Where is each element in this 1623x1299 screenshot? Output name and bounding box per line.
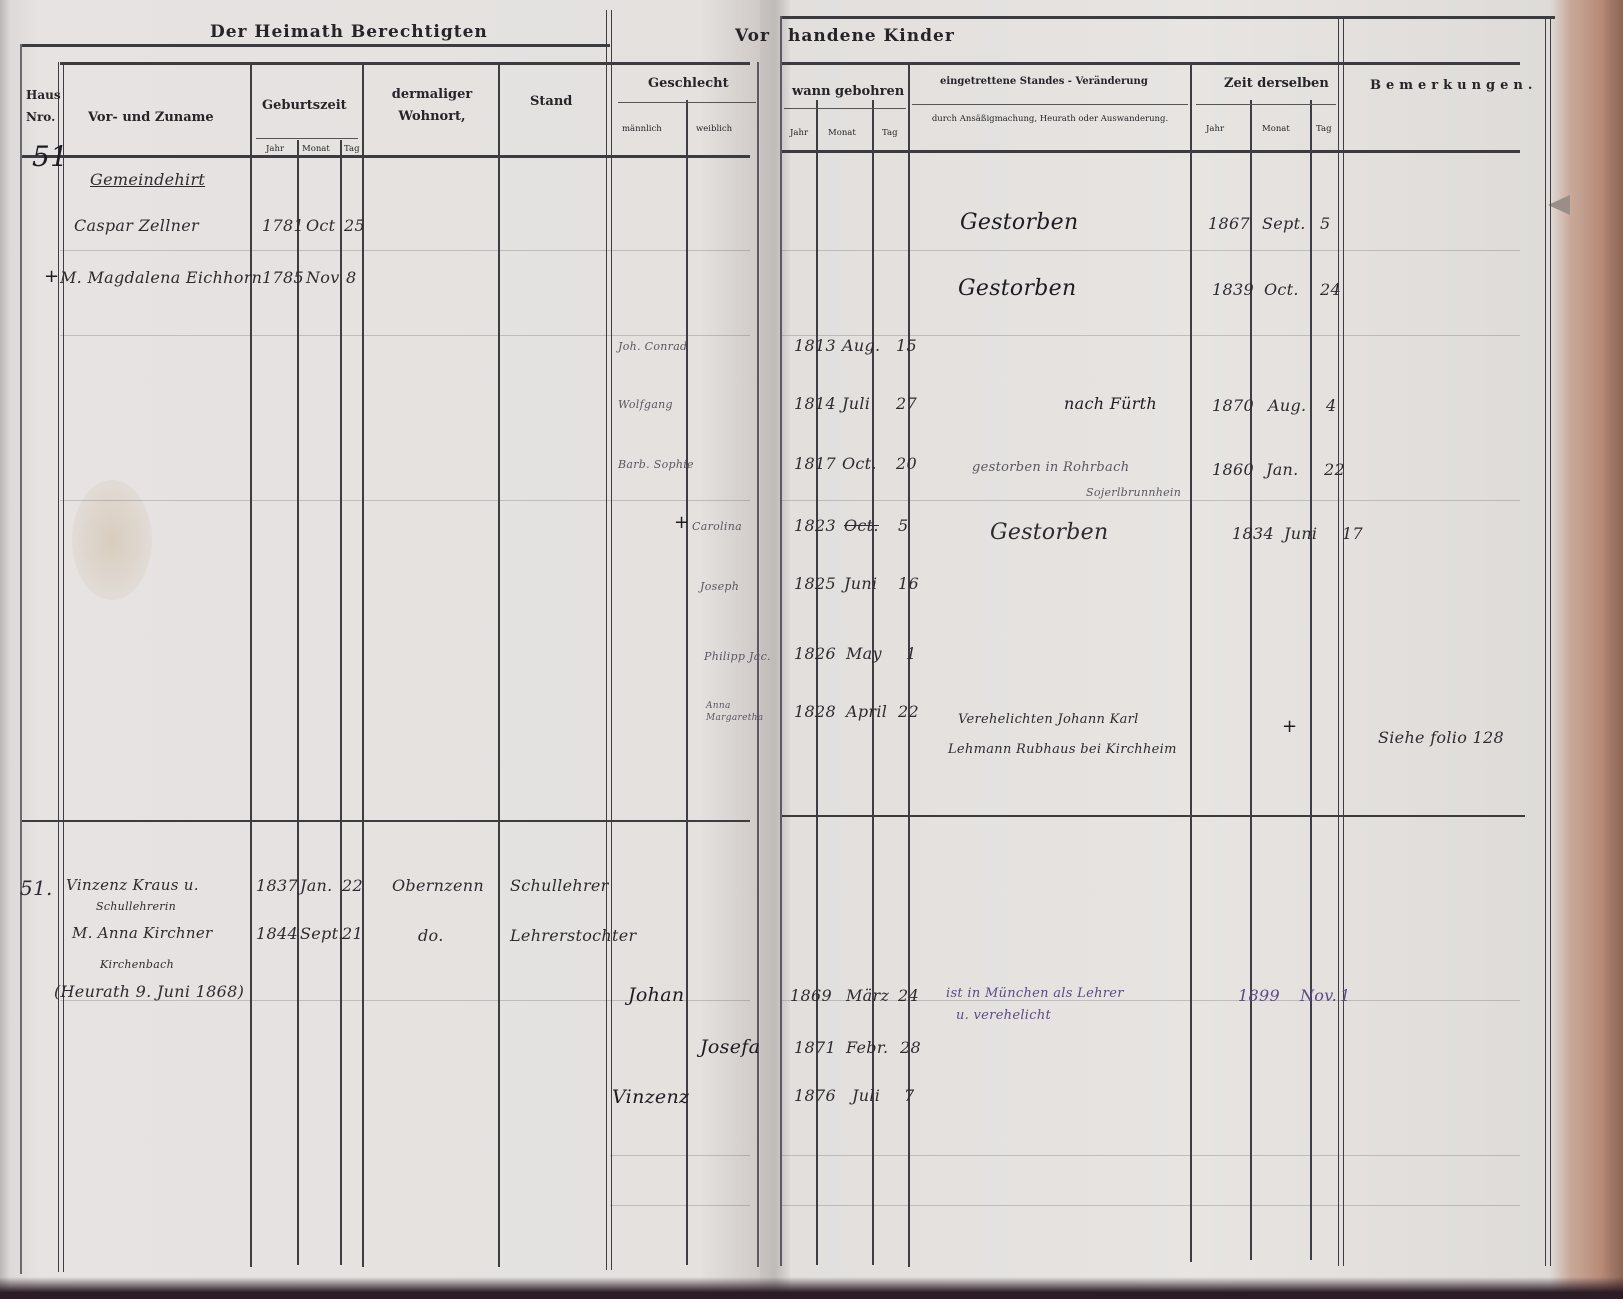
ruled-line bbox=[780, 1000, 1520, 1001]
col-header-k-tag: Tag bbox=[882, 128, 898, 138]
col-rule-haus bbox=[58, 62, 64, 1272]
child-change-day: 4 bbox=[1326, 396, 1336, 415]
parent-change-day: 5 bbox=[1320, 214, 1330, 233]
child-change-month: Nov. bbox=[1300, 986, 1337, 1005]
child-birth-year: 1814 bbox=[794, 394, 836, 413]
header-top-rule-right bbox=[780, 16, 1555, 19]
parent-birth-year: 1844 bbox=[256, 924, 298, 943]
geschlecht-subrule bbox=[618, 102, 756, 103]
child-birth-month: Oct. bbox=[842, 454, 877, 473]
child-change-day: 17 bbox=[1342, 524, 1363, 543]
section-divider-left bbox=[22, 820, 750, 822]
parent-birth-year: 1781 bbox=[262, 216, 304, 235]
child-change-line2: Lehmann Rubhaus bei Kirchheim bbox=[948, 742, 1177, 757]
col-rule-tag bbox=[362, 62, 364, 1267]
col-rule-wohnort bbox=[498, 62, 500, 1267]
col-rule-outer-right bbox=[1545, 16, 1551, 1266]
header-sub-rule-left bbox=[60, 62, 750, 65]
ruled-line bbox=[780, 1155, 1520, 1156]
child-birth-month: Aug. bbox=[842, 336, 880, 355]
child-change: gestorben in Rohrbach bbox=[972, 460, 1129, 475]
child-change-year: 1860 bbox=[1212, 460, 1254, 479]
col-header-bemerkungen: Bemerkungen. bbox=[1370, 78, 1537, 93]
ruled-line bbox=[780, 500, 1520, 501]
child-birth-year: 1825 bbox=[794, 574, 836, 593]
child-birth-day: 20 bbox=[896, 454, 917, 473]
child-birth-day: 28 bbox=[900, 1038, 921, 1057]
child-birth-day: 27 bbox=[896, 394, 917, 413]
child-name: Johan bbox=[628, 984, 684, 1006]
col-rule-z-monat bbox=[1310, 100, 1312, 1260]
page-bottom-edge bbox=[0, 1277, 1623, 1299]
child-birth-month: März bbox=[846, 986, 889, 1005]
child-birth-day: 16 bbox=[898, 574, 919, 593]
col-header-z-jahr: Jahr bbox=[1206, 124, 1224, 134]
ruled-line bbox=[610, 1155, 750, 1156]
parent-change-year: 1867 bbox=[1208, 214, 1250, 233]
parent-change-day: 24 bbox=[1320, 280, 1341, 299]
parent-birth-month: Sept. bbox=[300, 924, 344, 943]
col-header-k-jahr: Jahr bbox=[790, 128, 808, 138]
child-birth-month: April bbox=[846, 702, 887, 721]
ruled-line bbox=[60, 500, 750, 501]
col-rule-name bbox=[250, 62, 252, 1267]
child-birth-day: 15 bbox=[896, 336, 917, 355]
child-change: Gestorben bbox=[990, 520, 1108, 545]
parent-change-month: Sept. bbox=[1262, 214, 1306, 233]
child-birth-year: 1876 bbox=[794, 1086, 836, 1105]
col-rule-z-tag bbox=[1338, 16, 1344, 1266]
child-name: Barb. Sophie bbox=[618, 458, 694, 471]
col-header-jahr: Jahr bbox=[266, 144, 284, 154]
section-divider-right bbox=[780, 815, 1525, 817]
col-header-wohnort: dermaliger Wohnort, bbox=[372, 84, 492, 128]
register-book-spread: Der Heimath Berechtigten Vor handene Kin… bbox=[0, 0, 1623, 1299]
child-name: Wolfgang bbox=[618, 398, 673, 411]
child-change-month: Juni bbox=[1284, 524, 1317, 543]
child-name: Philipp Jac. bbox=[704, 650, 771, 663]
deceased-cross-icon: + bbox=[674, 512, 689, 533]
child-birth-day: 7 bbox=[904, 1086, 914, 1105]
col-header-stand: Stand bbox=[530, 94, 572, 109]
col-header-geschlecht: Geschlecht bbox=[648, 76, 729, 91]
col-rule-monat bbox=[340, 140, 342, 1265]
parent-name: Caspar Zellner bbox=[74, 216, 199, 235]
child-birth-day: 22 bbox=[898, 702, 919, 721]
col-header-weiblich: weiblich bbox=[696, 124, 732, 134]
child-name: Joseph bbox=[700, 580, 739, 593]
parent-stand: Schullehrer bbox=[510, 876, 609, 895]
right-page-title-part1: Vor bbox=[735, 26, 770, 46]
child-change-year: 1870 bbox=[1212, 396, 1254, 415]
col-header-veraenderung-sub: durch Ansäßigmachung, Heurath oder Auswa… bbox=[918, 112, 1182, 126]
parent-birth-month: Oct bbox=[306, 216, 335, 235]
child-birth-day: 24 bbox=[898, 986, 919, 1005]
parent-name: Vinzenz Kraus u. bbox=[66, 876, 199, 894]
col-header-monat: Monat bbox=[302, 144, 330, 154]
parent-birth-day: 8 bbox=[346, 268, 356, 287]
child-change-year: 1899 bbox=[1238, 986, 1280, 1005]
parent-change: Gestorben bbox=[958, 276, 1076, 301]
ruled-line bbox=[780, 250, 1520, 251]
wann-gebohren-subrule bbox=[784, 108, 906, 109]
child-birth-month: Febr. bbox=[846, 1038, 888, 1057]
child-change-line2: u. verehelicht bbox=[956, 1008, 1051, 1023]
header-bottom-rule-right bbox=[780, 150, 1520, 153]
parent-name: M. Magdalena Eichhorn bbox=[60, 268, 262, 287]
col-rule-jahr bbox=[297, 140, 299, 1265]
parent-change-month: Oct. bbox=[1264, 280, 1299, 299]
child-name: Vinzenz bbox=[612, 1086, 689, 1108]
child-change-note: Sojerlbrunnhein bbox=[1086, 486, 1181, 499]
ruled-line bbox=[610, 1205, 750, 1206]
child-birth-year: 1817 bbox=[794, 454, 836, 473]
col-rule-veraenderung bbox=[1190, 62, 1192, 1262]
col-rule-weiblich bbox=[757, 62, 759, 1267]
child-birth-month: Juni bbox=[844, 574, 877, 593]
haus-number-header: 51 bbox=[32, 140, 68, 173]
col-header-z-monat: Monat bbox=[1262, 124, 1290, 134]
haus-nro-label: Haus Nro. bbox=[26, 84, 60, 128]
col-header-veraenderung: eingetrettene Standes - Veränderung bbox=[940, 76, 1148, 87]
parent-note: Schullehrerin bbox=[96, 900, 176, 913]
zeit-subrule bbox=[1196, 104, 1336, 105]
header-bottom-rule-left bbox=[22, 155, 750, 158]
child-change-month: Aug. bbox=[1268, 396, 1306, 415]
remark-text: Siehe folio 128 bbox=[1378, 728, 1504, 747]
torn-page-edge bbox=[1548, 195, 1570, 215]
col-header-wann-gebohren: wann gebohren bbox=[792, 84, 904, 99]
parent-wohnort: Obernzenn bbox=[392, 876, 484, 895]
child-birth-year: 1869 bbox=[790, 986, 832, 1005]
child-birth-day: 5 bbox=[898, 516, 908, 535]
veraenderung-subrule bbox=[912, 104, 1188, 105]
left-page-title: Der Heimath Berechtigten bbox=[210, 22, 488, 42]
deceased-cross-icon: + bbox=[44, 266, 59, 287]
ruled-line bbox=[60, 250, 750, 251]
col-rule-z-jahr bbox=[1250, 100, 1252, 1260]
col-rule-right-inner bbox=[780, 16, 782, 1266]
marriage-date: (Heurath 9. Juni 1868) bbox=[54, 982, 244, 1001]
child-change: nach Fürth bbox=[1064, 394, 1157, 413]
child-name: Joh. Conrad bbox=[618, 340, 687, 353]
child-birth-year: 1813 bbox=[794, 336, 836, 355]
child-name: Josefa bbox=[700, 1036, 760, 1058]
child-change-day: 1 bbox=[1340, 986, 1350, 1005]
parent-birth-year: 1837 bbox=[256, 876, 298, 895]
col-rule-outer-left bbox=[20, 44, 22, 1274]
parent-note: Kirchenbach bbox=[100, 958, 174, 971]
header-top-rule-left bbox=[22, 44, 610, 47]
haus-number: 51. bbox=[20, 876, 53, 900]
child-birth-month: May bbox=[846, 644, 882, 663]
parent-change-year: 1839 bbox=[1212, 280, 1254, 299]
parent-wohnort: do. bbox=[418, 926, 444, 945]
col-header-name: Vor- und Zuname bbox=[88, 110, 214, 125]
child-birth-year: 1871 bbox=[794, 1038, 836, 1057]
parent-birth-month: Jan. bbox=[300, 876, 333, 895]
header-sub-rule-right bbox=[780, 62, 1520, 65]
child-birth-year: 1826 bbox=[794, 644, 836, 663]
col-header-maennlich: männlich bbox=[622, 124, 662, 134]
parent-birth-year: 1785 bbox=[262, 268, 304, 287]
child-birth-year: 1828 bbox=[794, 702, 836, 721]
parent-name: M. Anna Kirchner bbox=[72, 924, 213, 942]
ruled-line bbox=[780, 1205, 1520, 1206]
child-change: Verehelichten Johann Karl bbox=[958, 712, 1139, 727]
child-change-month: Jan. bbox=[1266, 460, 1299, 479]
col-header-tag: Tag bbox=[344, 144, 360, 154]
child-change-day: 22 bbox=[1324, 460, 1345, 479]
deceased-cross-icon: + bbox=[1282, 716, 1297, 737]
child-birth-month: Juli bbox=[842, 394, 870, 413]
col-rule-stand bbox=[606, 10, 612, 1270]
col-header-geburtszeit: Geburtszeit bbox=[262, 98, 347, 113]
child-name: Carolina bbox=[692, 520, 742, 533]
ruled-line bbox=[780, 335, 1520, 336]
child-birth-year: 1823 bbox=[794, 516, 836, 535]
parent-birth-day: 22 bbox=[342, 876, 363, 895]
parent-birth-month: Nov bbox=[306, 268, 340, 287]
child-change: ist in München als Lehrer bbox=[946, 986, 1124, 1001]
parent-change: Gestorben bbox=[960, 210, 1078, 235]
parent-birth-day: 25 bbox=[344, 216, 365, 235]
ruled-line bbox=[60, 335, 750, 336]
col-header-zeit: Zeit derselben bbox=[1224, 76, 1329, 91]
paper-stain bbox=[72, 480, 152, 600]
parent-birth-day: 21 bbox=[342, 924, 363, 943]
child-change-year: 1834 bbox=[1232, 524, 1274, 543]
section1-label: Gemeindehirt bbox=[90, 170, 205, 189]
child-birth-month: Oct. bbox=[844, 516, 879, 535]
col-header-k-monat: Monat bbox=[828, 128, 856, 138]
child-birth-day: 1 bbox=[906, 644, 916, 663]
geburtszeit-subrule bbox=[256, 138, 358, 139]
child-birth-month: Juli bbox=[852, 1086, 880, 1105]
child-name: Anna Margaretha bbox=[706, 700, 756, 724]
col-header-z-tag: Tag bbox=[1316, 124, 1332, 134]
parent-stand: Lehrerstochter bbox=[510, 926, 636, 945]
right-page-title-part2: handene Kinder bbox=[788, 26, 955, 46]
